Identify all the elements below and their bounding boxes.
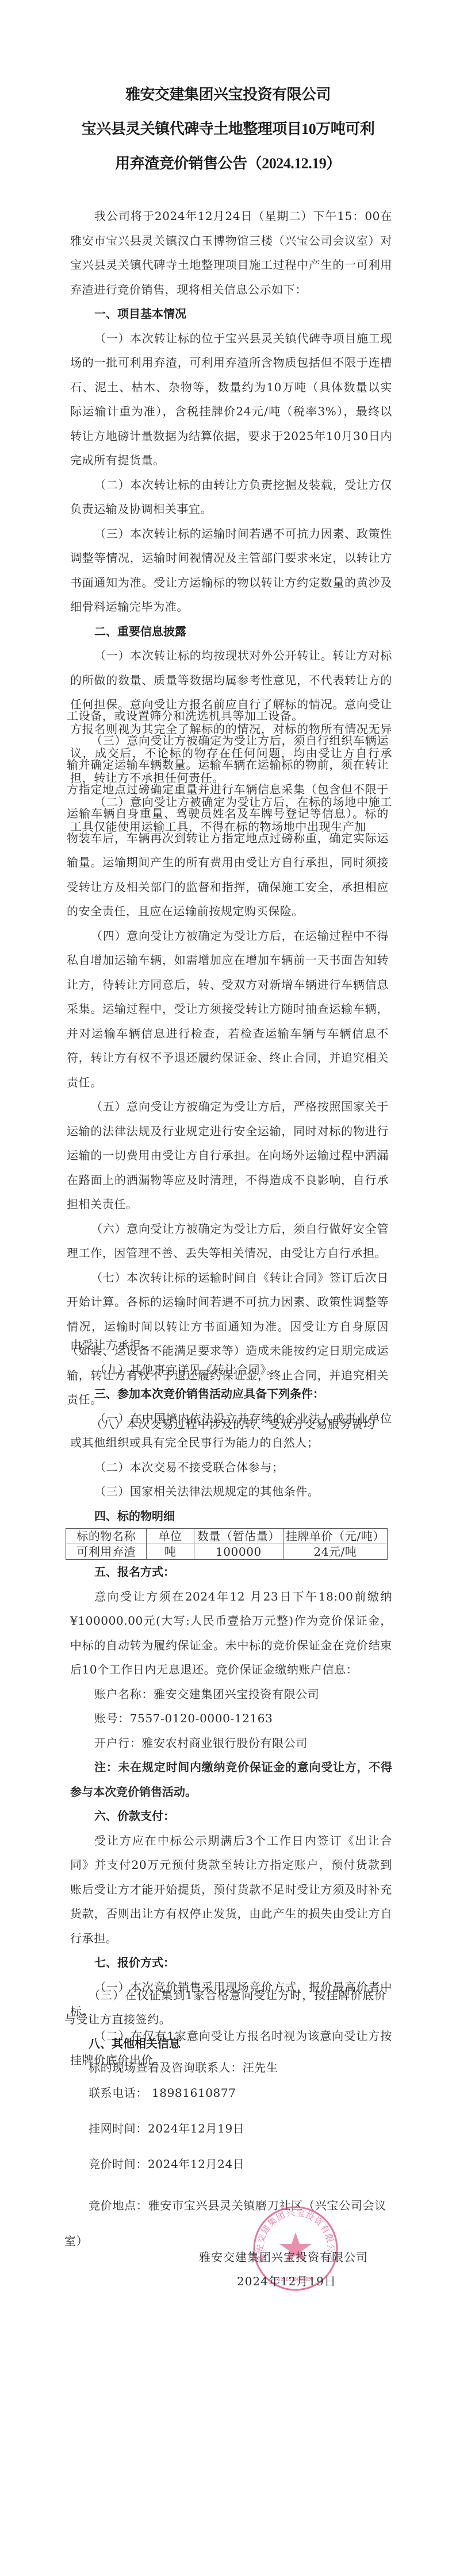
posted-date: 挂网时间：2024年12月19日 <box>64 2116 386 2141</box>
account-name: 账户名称：雅安交建集团兴宝投资有限公司 <box>70 1682 392 1707</box>
page-4: （三）在仅征集到1家合格意向受让方时，按挂牌价底价与受让方直接签约。 八、其他相… <box>0 1965 456 2576</box>
account-bank: 开户行：雅安农村商业银行股份有限公司 <box>70 1731 392 1756</box>
table-row: 可利用弃渣 吨 100000 24元/吨 <box>66 1544 388 1560</box>
document-title: 雅安交建集团兴宝投资有限公司 宝兴县灵关镇代碑寺土地整理项目10万吨可利 用弃渣… <box>58 78 398 181</box>
contact-phone: 联系电话： 18981610877 <box>64 2081 386 2105</box>
section-5-body: 意向受让方须在2024年12 月23日下午18:00前缴纳¥100000.00元… <box>70 1584 392 1682</box>
bid-time: 竞价时间：2024年12月24日 <box>64 2152 386 2176</box>
section-1-item-1: （一）本次转让标的位于宝兴县灵关镇代碑寺项目施工现场的一批可利用弃渣，可利用弃渣… <box>70 326 392 473</box>
page-1: 雅安交建集团兴宝投资有限公司 宝兴县灵关镇代碑寺土地整理项目10万吨可利 用弃渣… <box>0 0 456 655</box>
section-3-item-2: （二）本次交易不接受联合体参与； <box>70 1455 392 1480</box>
table-header-cell: 标的物名称 <box>66 1529 147 1544</box>
signature-company: 雅安交建集团兴宝投资有限公司 <box>199 2248 368 2265</box>
section-2-item-2-end: 工设备，或设置筛分和洗选机具等加工设备。 <box>67 704 389 728</box>
section-3-item-3: （三）国家相关法律法规规定的其他条件。 <box>70 1479 392 1504</box>
contact-person: 标的现场查看及咨询联系人：汪先生 <box>64 2056 386 2080</box>
section-8-heading: 八、其他相关信息 <box>64 2031 386 2056</box>
section-5-heading: 五、报名方式： <box>70 1560 392 1584</box>
table-header-cell: 挂牌单价（元/吨） <box>283 1529 387 1544</box>
table-cell: 吨 <box>147 1544 194 1560</box>
account-number: 账号：7557-0120-0000-12163 <box>70 1706 392 1731</box>
section-2-item-3: （三）意向受让方被确定为受让方后，须自行组织车辆运输并确定运输车辆数量。运输车辆… <box>67 728 389 924</box>
table-cell: 可利用弃渣 <box>66 1544 147 1560</box>
section-2-item-4: （四）意向受让方被确定为受让方后，在运输过程中不得私自增加运输车辆，如需增加应在… <box>67 924 389 1095</box>
section-2-item-9: （九）其他事宜详见《转让合同》。 <box>70 1358 392 1382</box>
title-line-3: 用弃渣竞价销售公告（2024.12.19） <box>58 146 398 181</box>
signature-date: 2024年12月19日 <box>237 2272 336 2289</box>
items-table: 标的物名称 单位 数量（暂估量） 挂牌单价（元/吨） 可利用弃渣 吨 10000… <box>66 1528 388 1560</box>
section-7-item-3: （三）在仅征集到1家合格意向受让方时，按挂牌价底价与受让方直接签约。 <box>64 1983 386 2031</box>
deposit-note: 注：未在规定时间内缴纳竞价保证金的意向受让方，不得参与本次竞价销售活动。 <box>70 1755 392 1804</box>
table-cell: 100000 <box>194 1544 283 1560</box>
table-header-cell: 单位 <box>147 1529 194 1544</box>
section-2-item-5: （五）意向受让方被确定为受让方后，严格按照国家关于运输的法律法规及行业规定进行安… <box>67 1094 389 1217</box>
section-3-heading: 三、参加本次竞价销售活动应具备下列条件： <box>70 1382 392 1406</box>
section-4-heading: 四、标的物明细 <box>70 1504 392 1529</box>
title-line-2: 宝兴县灵关镇代碑寺土地整理项目10万吨可利 <box>58 112 398 146</box>
section-2-item-6: （六）意向受让方被确定为受让方后，须自行做好安全管理工作，因管理不善、丢失等相关… <box>67 1217 389 1266</box>
section-1-heading: 一、项目基本情况 <box>70 302 392 326</box>
intro-paragraph: 我公司将于2024年12月24日（星期二）下午15：00在雅安市宝兴县灵关镇汉白… <box>70 204 392 302</box>
table-cell: 24元/吨 <box>283 1544 387 1560</box>
page-3: 由受让方承担。 （九）其他事宜详见《转让合同》。 三、参加本次竞价销售活动应具备… <box>0 1316 456 1965</box>
section-1-item-2: （二）本次转让标的由转让方负责挖掘及装载，受让方仅负责运输及协调相关事宜。 <box>70 473 392 522</box>
section-2-item-8-end: 由受让方承担。 <box>70 1333 392 1358</box>
section-6-heading: 六、价款支付： <box>70 1804 392 1829</box>
table-header-cell: 数量（暂估量） <box>194 1529 283 1544</box>
section-1-item-3: （三）本次转让标的运输时间若遇不可抗力因素、政策性调整等情况，运输时间视情况及主… <box>70 522 392 619</box>
section-6-body: 受让方应在中标公示期满后3个工作日内签订《出让合同》并支付20万元预付货款至转让… <box>70 1829 392 1951</box>
section-3-item-1: （一）在中国境内依法设立并存续的企业法人或事业单位或其他组织或具有完全民事行为能… <box>70 1406 392 1455</box>
section-2-heading: 二、重要信息披露 <box>70 619 392 644</box>
table-header-row: 标的物名称 单位 数量（暂估量） 挂牌单价（元/吨） <box>66 1529 388 1544</box>
title-line-1: 雅安交建集团兴宝投资有限公司 <box>58 78 398 112</box>
page-2: 工设备，或设置筛分和洗选机具等加工设备。 （三）意向受让方被确定为受让方后，须自… <box>0 655 456 1316</box>
page-3-body: 由受让方承担。 （九）其他事宜详见《转让合同》。 三、参加本次竞价销售活动应具备… <box>70 1333 392 2073</box>
